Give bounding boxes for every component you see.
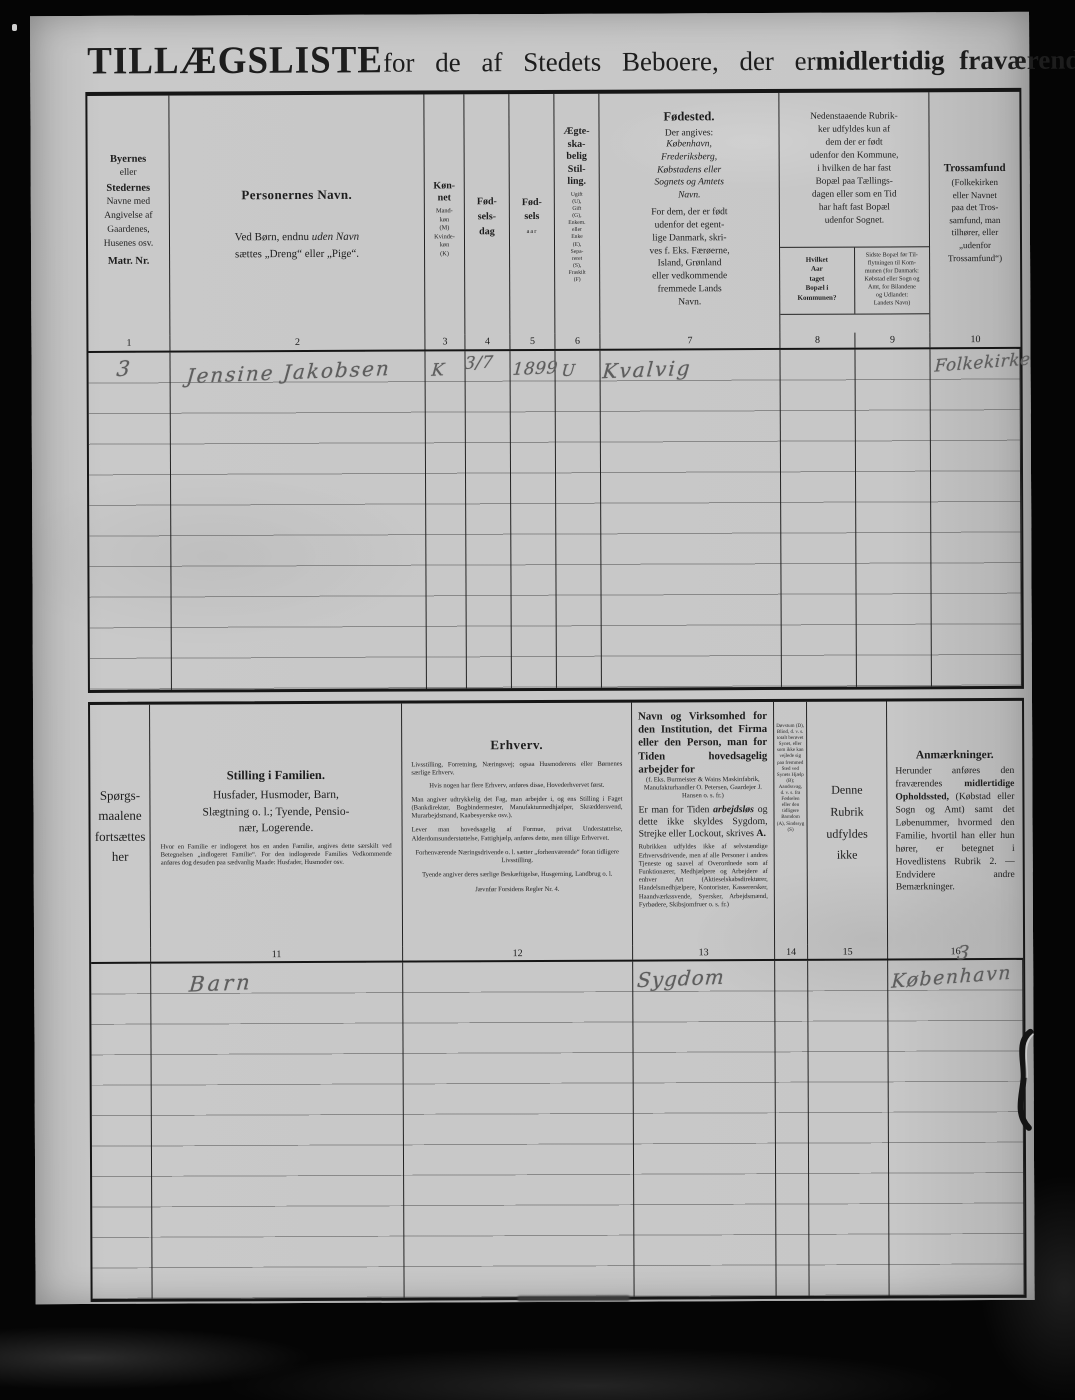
col13-p2: Er man for Tiden arbejdsløs og dette ikk…	[638, 804, 767, 841]
colnum-2: 2	[170, 334, 425, 350]
col-header-moved-group: Nedenstaaende Rubrik- ker udfyldes kun a…	[779, 92, 930, 333]
col1-bold1: Byernes	[88, 152, 169, 168]
form-title-tail: midlertidig fraværende.	[816, 45, 1075, 77]
body-col-position	[151, 963, 404, 1299]
col13-note1: (f. Eks. Burmeister & Wains Maskinfabrik…	[638, 776, 767, 801]
colnum-10: 10	[930, 332, 1020, 347]
col1-bold2: Stedernes	[88, 181, 169, 197]
col-header-sex: Køn- net Mand- køn (M) Kvinde- køn (K)	[424, 94, 465, 334]
col-header-margin-note: Spørgs- maalene fortsættes her	[90, 705, 151, 948]
col2-head: Personernes Navn.	[170, 186, 424, 203]
col-header-occupation: Erhverv. Livsstilling, Forretning, Nærin…	[402, 703, 633, 947]
col12-p6: Tyende angiver deres særlige Beskæftigel…	[403, 865, 632, 880]
col12-p4: Lever man hovedsagelig af Formue, privat…	[403, 820, 632, 843]
col-header-name: Personernes Navn. Ved Børn, endnu uden N…	[169, 94, 425, 335]
colnum-8: 8	[780, 333, 855, 348]
colnum-7: 7	[600, 333, 780, 349]
colnum-6: 6	[555, 334, 600, 349]
col-header-faith: Trossamfund (Folkekirken eller Navnet pa…	[929, 92, 1020, 332]
body-col-birthplace	[600, 350, 781, 688]
entry-employer: Sygdom	[636, 965, 726, 993]
body-col-birthday	[465, 351, 511, 688]
col5-sub: aar	[510, 228, 554, 235]
col9-sub: Sidste Bopæl før Til- flytningen til Kom…	[855, 247, 930, 313]
table-lower-body: Barn Sygdom 3 København	[91, 960, 1024, 1299]
col11-sub: Husfader, Husmoder, Barn, Slægtning o. l…	[150, 787, 401, 838]
body-col-last-residence	[855, 349, 931, 686]
form-title-mid: for de af Stedets Beboere, der er	[383, 46, 816, 79]
colnum-16: 16	[888, 944, 1023, 959]
col6-sub: Ugift (U), Gift (G), Enkem. eller Enke (…	[555, 191, 599, 284]
col89-subrow: Hvilket Aar taget Bopæl i Kommunen? Sids…	[780, 246, 929, 315]
col1-reg2: Navne med Angivelse af Gaardenes, Husene…	[88, 196, 169, 251]
col3-head: Køn- net	[425, 180, 464, 204]
form-title: TILLÆGSLISTE for de af Stedets Beboere, …	[87, 36, 1017, 83]
body-col-place	[88, 353, 171, 690]
col12-p3: Man angiver udtrykkelig det Fag, man arb…	[402, 790, 631, 821]
entry-birthyear: 1899	[512, 358, 559, 380]
col7-p2: København, Frederiksberg, Købstadens ell…	[600, 138, 779, 203]
entry-remark-number: 3	[956, 942, 970, 965]
col3-sub: Mand- køn (M) Kvinde- køn (K)	[425, 207, 464, 258]
col14-text: Døvstum (D), Blind, d. v. s. totalt berø…	[776, 724, 804, 834]
body-col-disabilities	[775, 961, 809, 1296]
col10-head: Trossamfund	[930, 162, 1020, 174]
body-col-moved-year	[780, 350, 856, 687]
col7-p3: For dem, der er født udenfor det egent- …	[600, 206, 779, 309]
col12-head: Erhverv.	[402, 737, 631, 754]
body-col-birthyear	[510, 351, 556, 688]
colnum-13: 13	[633, 945, 775, 960]
col15-text: Denne Rubrik udfyldes ikke	[826, 780, 868, 867]
form-title-lead: TILLÆGSLISTE	[87, 38, 383, 84]
colnum-4: 4	[465, 334, 510, 349]
col5-head: Fød- sels	[510, 196, 554, 224]
col8-sub: Hvilket Aar taget Bopæl i Kommunen?	[780, 248, 855, 314]
col-header-remarks: Anmærkninger. Herunder anføres den fravæ…	[887, 701, 1023, 945]
colnum-15: 15	[808, 944, 888, 958]
col11-head: Stilling i Familien.	[150, 768, 401, 784]
body-col-sex	[425, 351, 466, 688]
colnum-5: 5	[510, 334, 555, 349]
census-form-sheet: TILLÆGSLISTE for de af Stedets Beboere, …	[30, 12, 1035, 1304]
col11-note: Hvor en Familie er indlogeret hos en and…	[151, 837, 402, 869]
col12-p2: Hvis nogen har flere Erhverv, anføres di…	[402, 777, 631, 791]
col-header-marital: Ægte- ska- belig Stil- ling. Ugift (U), …	[554, 94, 600, 334]
colnum-14: 14	[775, 945, 808, 959]
col13-head: Navn og Virksomhed for den Institution, …	[638, 710, 767, 776]
col16-head: Anmærkninger.	[887, 749, 1022, 762]
col12-p7: Jævnfør Forsidens Regler Nr. 4.	[403, 879, 632, 894]
col6-head: Ægte- ska- belig Stil- ling.	[554, 126, 598, 189]
col-header-leave-blank: Denne Rubrik udfyldes ikke	[807, 701, 888, 944]
col12-p5: Forhenværende Næringsdrivende o. l. sætt…	[403, 842, 632, 865]
margin-note: Spørgs- maalene fortsættes her	[95, 786, 146, 867]
table-upper: Byernes eller Stedernes Navne med Angive…	[85, 88, 1024, 693]
body-col-employer	[633, 961, 776, 1297]
body-col-margin	[91, 964, 152, 1299]
body-col-occupation	[403, 962, 634, 1298]
col12-p1: Livsstilling, Forretning, Næringsvej; og…	[402, 753, 631, 778]
table-upper-header: Byernes eller Stedernes Navne med Angive…	[87, 92, 1020, 336]
printer-imprint	[518, 1296, 630, 1301]
col10-sub: (Folkekirken eller Navnet paa det Tros- …	[930, 176, 1020, 265]
entry-sex: K	[431, 360, 446, 381]
body-col-name	[170, 351, 426, 689]
entry-marital: U	[561, 361, 577, 381]
entry-matr-nr: 3	[116, 356, 132, 381]
body-col-faith	[930, 349, 1021, 686]
col-header-place: Byernes eller Stedernes Navne med Angive…	[87, 96, 170, 336]
col89-shared: Nedenstaaende Rubrik- ker udfyldes kun a…	[779, 92, 929, 247]
col-header-birthday: Fød- sels- dag	[464, 94, 510, 334]
colnum-12: 12	[403, 946, 633, 961]
colnum-margin	[91, 948, 151, 962]
table-lower: Spørgs- maalene fortsættes her Stilling …	[88, 698, 1027, 1302]
colnum-11: 11	[151, 947, 403, 962]
colnum-9: 9	[855, 332, 930, 347]
col-header-disabilities: Døvstum (D), Blind, d. v. s. totalt berø…	[774, 702, 808, 945]
col1-bold3: Matr. Nr.	[88, 254, 169, 270]
scanned-census-page: TILLÆGSLISTE for de af Stedets Beboere, …	[0, 0, 1075, 1400]
entry-birthplace: Kvalvig	[602, 356, 693, 384]
body-col-marital	[555, 351, 601, 688]
colnum-1: 1	[88, 336, 170, 351]
entry-birthday: 3/7	[464, 353, 495, 374]
col13-note2: Rubrikken udfyldes ikke af selvstændige …	[639, 843, 768, 909]
col-header-birthyear: Fød- sels aar	[509, 94, 555, 334]
col-header-family-position: Stilling i Familien. Husfader, Husmoder,…	[150, 704, 403, 948]
col7-head: Fødested.	[599, 109, 778, 125]
col2-sub: Ved Børn, endnu uden Navn sættes „Dreng“…	[170, 210, 424, 264]
table-upper-body: 3 Jensine Jakobsen K 3/7 1899 U Kvalvig …	[88, 349, 1021, 690]
table-lower-header: Spørgs- maalene fortsættes her Stilling …	[90, 701, 1023, 948]
col16-p: Herunder anføres den fraværendes midlert…	[887, 761, 1023, 895]
col-header-birthplace: Fødested. Der angives: København, Freder…	[599, 93, 780, 334]
body-col-remarks	[888, 960, 1024, 1296]
col1-reg1: eller	[88, 167, 169, 181]
body-col-blank	[808, 960, 889, 1295]
entry-position: Barn	[188, 970, 253, 997]
colnum-3: 3	[425, 334, 465, 349]
col4-head: Fød- sels- dag	[465, 194, 509, 239]
col-header-employer: Navn og Virksomhed for den Institution, …	[632, 702, 775, 946]
page-curl-mark	[1006, 1028, 1040, 1132]
